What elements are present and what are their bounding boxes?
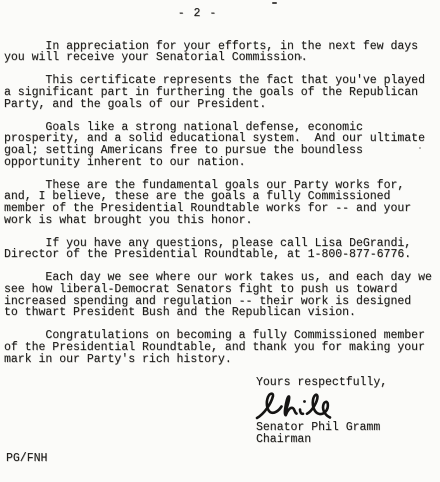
letter-page: - 2 - In appreciation for your efforts, … <box>0 0 440 482</box>
paragraph-each-day: Each day we see where our work takes us,… <box>4 272 438 318</box>
paragraph-senatorial-commission: In appreciation for your efforts, in the… <box>4 41 438 64</box>
paragraph-congratulations: Congratulations on becoming a fully Comm… <box>4 330 438 365</box>
scan-speck <box>419 147 421 149</box>
paragraph-fundamental-goals: These are the fundamental goals our Part… <box>4 180 438 226</box>
signature <box>256 391 440 421</box>
paragraph-goals: Goals like a strong national defense, ec… <box>4 122 438 168</box>
reference-initials: PG/FNH <box>0 453 440 465</box>
signer-title: Chairman <box>256 434 440 446</box>
paragraph-certificate: This certificate represents the fact tha… <box>4 75 438 110</box>
signature-handwriting-icon <box>254 391 336 421</box>
valediction: Yours respectfully, <box>256 377 440 389</box>
closing-block: Yours respectfully, Senator Phil Gramm C… <box>256 377 440 446</box>
letter-body: In appreciation for your efforts, in the… <box>0 41 440 366</box>
scan-speck <box>300 56 302 59</box>
page-number: - 2 - <box>0 0 395 20</box>
paragraph-contact: If you have any questions, please call L… <box>4 238 438 261</box>
scan-speck <box>272 2 277 4</box>
